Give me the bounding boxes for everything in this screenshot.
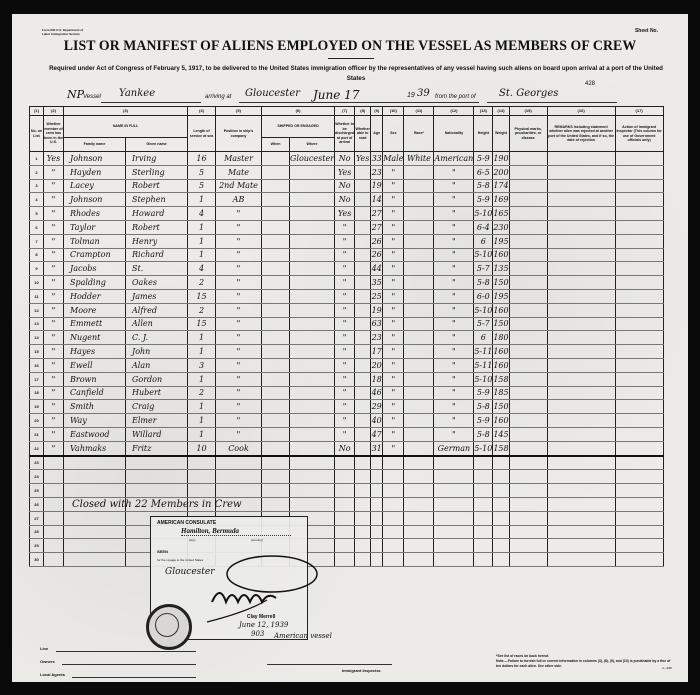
given-name-cell: [126, 456, 188, 470]
manifest-sheet: Form 630 U.S. Department of Labor Immigr…: [12, 14, 688, 682]
when-cell: [262, 414, 290, 428]
marks-cell: [509, 497, 547, 511]
nationality-cell: [434, 553, 474, 567]
family-name-cell: Taylor: [64, 220, 126, 234]
stamp-annotation: American vessel: [274, 632, 332, 640]
discharged-cell: ": [335, 220, 355, 234]
action-cell: [615, 553, 663, 567]
weight-cell: 160: [493, 303, 509, 317]
service-cell: 5: [188, 179, 216, 193]
in-us-cell: [44, 539, 64, 553]
action-cell: [615, 358, 663, 372]
when-cell: [262, 303, 290, 317]
read-cell: Yes: [355, 152, 371, 166]
nationality-cell: ": [434, 193, 474, 207]
nationality-cell: [434, 539, 474, 553]
weight-cell: 169: [493, 193, 509, 207]
in-us-cell: [44, 553, 64, 567]
family-name-cell: Canfield: [64, 386, 126, 400]
sex-cell: [383, 511, 404, 525]
position-cell: [216, 470, 262, 484]
action-cell: [615, 317, 663, 331]
row-number: 21: [30, 427, 44, 441]
col-head-sex: Sex: [383, 116, 404, 152]
weight-cell: 200: [493, 165, 509, 179]
height-cell: [474, 456, 493, 470]
in-us-cell: ": [44, 345, 64, 359]
arrival-date: June 17: [313, 88, 359, 102]
sex-cell: ": [383, 358, 404, 372]
in-us-cell: ": [44, 372, 64, 386]
action-cell: [615, 220, 663, 234]
weight-cell: [493, 525, 509, 539]
sex-cell: [383, 539, 404, 553]
sex-cell: ": [383, 289, 404, 303]
crew-row: 12"MooreAlfred2""19""5-10160: [30, 303, 664, 317]
col-head-age: Age: [371, 116, 383, 152]
weight-cell: [493, 539, 509, 553]
when-cell: [262, 165, 290, 179]
row-number: 12: [30, 303, 44, 317]
nationality-cell: ": [434, 220, 474, 234]
discharged-cell: Yes: [335, 165, 355, 179]
discharged-cell: ": [335, 303, 355, 317]
where-cell: [290, 289, 335, 303]
crew-row: 8"CramptonRichard1""26""5-10160: [30, 248, 664, 262]
race-cell: [404, 289, 434, 303]
given-name-cell: Allen: [126, 317, 188, 331]
discharged-cell: [335, 456, 355, 470]
position-cell: ": [216, 234, 262, 248]
weight-cell: 160: [493, 345, 509, 359]
when-cell: [262, 234, 290, 248]
in-us-cell: ": [44, 427, 64, 441]
nationality-cell: ": [434, 303, 474, 317]
race-cell: [404, 303, 434, 317]
in-us-cell: ": [44, 234, 64, 248]
height-cell: 6: [474, 234, 493, 248]
in-us-cell: [44, 484, 64, 498]
race-cell: [404, 539, 434, 553]
col-num-3: (3): [64, 107, 188, 116]
nationality-cell: [434, 511, 474, 525]
height-cell: 5-9: [474, 386, 493, 400]
marks-cell: [509, 303, 547, 317]
race-cell: [404, 276, 434, 290]
col-head-action: Action of Immigrant Inspector (This colu…: [615, 116, 663, 152]
weight-cell: 150: [493, 400, 509, 414]
marks-cell: [509, 372, 547, 386]
sex-cell: ": [383, 207, 404, 221]
service-cell: 4: [188, 207, 216, 221]
sex-cell: ": [383, 372, 404, 386]
row-number: 30: [30, 553, 44, 567]
sex-cell: ": [383, 386, 404, 400]
empty-row: 23: [30, 456, 664, 470]
city-caption: (city): [189, 538, 196, 542]
sex-cell: ": [383, 414, 404, 428]
row-number: 6: [30, 220, 44, 234]
family-name-cell: [64, 456, 126, 470]
closing-note: Closed with 22 Members in Crew: [72, 499, 242, 510]
discharged-cell: No: [335, 193, 355, 207]
race-cell: [404, 427, 434, 441]
age-cell: 17: [371, 345, 383, 359]
when-cell: [262, 220, 290, 234]
position-cell: ": [216, 358, 262, 372]
empty-row: 30: [30, 553, 664, 567]
race-cell: [404, 179, 434, 193]
crew-row: 21"EastwoodWillard1""47""5-8145: [30, 427, 664, 441]
race-cell: [404, 400, 434, 414]
col-head-remarks: REMARKS Including statement whether alie…: [547, 116, 615, 152]
discharged-cell: ": [335, 248, 355, 262]
family-name-cell: Ewell: [64, 358, 126, 372]
crew-row: 11"HodderJames15""25""6-0195: [30, 289, 664, 303]
action-cell: [615, 262, 663, 276]
family-name-cell: Hodder: [64, 289, 126, 303]
service-cell: 1: [188, 193, 216, 207]
read-cell: [355, 289, 371, 303]
service-cell: 1: [188, 414, 216, 428]
age-cell: 19: [371, 179, 383, 193]
family-name-cell: [64, 484, 126, 498]
family-name-cell: Johnson: [64, 193, 126, 207]
marks-cell: [509, 248, 547, 262]
row-number: 25: [30, 484, 44, 498]
weight-cell: 158: [493, 441, 509, 455]
discharged-cell: ": [335, 372, 355, 386]
col-num-8: (8): [355, 107, 371, 116]
position-cell: 2nd Mate: [216, 179, 262, 193]
empty-row: 27: [30, 511, 664, 525]
row-number: 29: [30, 539, 44, 553]
crew-row: 2"HaydenSterling5MateYes23""6-5200: [30, 165, 664, 179]
discharged-cell: ": [335, 386, 355, 400]
read-cell: [355, 427, 371, 441]
arriving-port: Gloucester: [245, 88, 300, 99]
where-cell: [290, 386, 335, 400]
where-cell: [290, 414, 335, 428]
height-cell: 5-8: [474, 427, 493, 441]
penalty-note: Note.—Failure to furnish full or correct…: [496, 659, 676, 669]
where-cell: [290, 303, 335, 317]
row-number: 28: [30, 525, 44, 539]
sex-cell: [383, 484, 404, 498]
family-name-cell: Spalding: [64, 276, 126, 290]
vessel-info-line: NP Vessel Yankee arriving at Gloucester …: [67, 88, 627, 104]
service-cell: 1: [188, 427, 216, 441]
race-cell: [404, 553, 434, 567]
service-cell: 1: [188, 220, 216, 234]
race-cell: [404, 220, 434, 234]
given-name-cell: Sterling: [126, 165, 188, 179]
col-head-service: Length of service at sea: [188, 116, 216, 152]
family-name-cell: Smith: [64, 400, 126, 414]
remarks-cell: [547, 553, 615, 567]
position-cell: ": [216, 372, 262, 386]
where-cell: [290, 179, 335, 193]
row-number: 14: [30, 331, 44, 345]
remarks-cell: [547, 289, 615, 303]
nationality-cell: ": [434, 165, 474, 179]
remarks-cell: [547, 207, 615, 221]
remarks-cell: [547, 234, 615, 248]
height-cell: [474, 470, 493, 484]
remarks-cell: [547, 276, 615, 290]
in-us-cell: [44, 456, 64, 470]
marks-cell: [509, 470, 547, 484]
action-cell: [615, 525, 663, 539]
position-cell: ": [216, 303, 262, 317]
empty-row: 29: [30, 539, 664, 553]
form-id: Form 630 U.S. Department of Labor Immigr…: [42, 28, 92, 36]
empty-row: 24: [30, 470, 664, 484]
weight-cell: 145: [493, 427, 509, 441]
crew-row: 4"JohnsonStephen1ABNo14""5-9169: [30, 193, 664, 207]
given-name-cell: Gordon: [126, 372, 188, 386]
action-cell: [615, 276, 663, 290]
read-cell: [355, 303, 371, 317]
when-cell: [262, 289, 290, 303]
crew-table: (1) (2) (3) (4) (5) (6) (7) (8) (9) (10)…: [29, 106, 664, 567]
remarks-cell: [547, 470, 615, 484]
remarks-cell: [547, 345, 615, 359]
age-cell: 40: [371, 414, 383, 428]
discharged-cell: ": [335, 358, 355, 372]
race-cell: [404, 193, 434, 207]
family-name-cell: Eastwood: [64, 427, 126, 441]
when-cell: [262, 207, 290, 221]
in-us-cell: ": [44, 414, 64, 428]
weight-cell: [493, 484, 509, 498]
position-cell: ": [216, 345, 262, 359]
where-cell: [290, 456, 335, 470]
row-number: 18: [30, 386, 44, 400]
marks-cell: [509, 400, 547, 414]
nationality-cell: German: [434, 441, 474, 455]
discharged-cell: ": [335, 234, 355, 248]
in-us-cell: Yes: [44, 152, 64, 166]
footer-note: *See list of races on back hereof. Note.…: [496, 654, 676, 669]
service-cell: 1: [188, 345, 216, 359]
col-num-12: (12): [434, 107, 474, 116]
position-cell: ": [216, 262, 262, 276]
in-us-cell: ": [44, 179, 64, 193]
nationality-cell: American: [434, 152, 474, 166]
when-cell: [262, 193, 290, 207]
age-cell: [371, 553, 383, 567]
family-name-cell: Johnson: [64, 152, 126, 166]
action-cell: [615, 484, 663, 498]
race-cell: [404, 248, 434, 262]
age-cell: 26: [371, 248, 383, 262]
nationality-cell: [434, 456, 474, 470]
col-num-13: (13): [474, 107, 493, 116]
given-name-cell: Irving: [126, 152, 188, 166]
weight-cell: 150: [493, 317, 509, 331]
age-cell: 31: [371, 441, 383, 455]
age-cell: 27: [371, 207, 383, 221]
read-cell: [355, 441, 371, 455]
given-name-cell: Stephen: [126, 193, 188, 207]
given-name-cell: Craig: [126, 400, 188, 414]
read-cell: [355, 234, 371, 248]
read-cell: [355, 553, 371, 567]
where-cell: [290, 372, 335, 386]
weight-cell: 158: [493, 372, 509, 386]
remarks-cell: [547, 497, 615, 511]
footer-line-label: Line: [40, 646, 48, 651]
position-cell: ": [216, 427, 262, 441]
height-cell: 5-9: [474, 152, 493, 166]
race-cell: [404, 234, 434, 248]
where-cell: [290, 207, 335, 221]
when-cell: [262, 441, 290, 455]
sex-cell: [383, 470, 404, 484]
position-cell: [216, 456, 262, 470]
nationality-cell: ": [434, 317, 474, 331]
col-num-17: (17): [615, 107, 663, 116]
remarks-cell: [547, 372, 615, 386]
height-cell: 5-10: [474, 248, 493, 262]
height-cell: 5-7: [474, 317, 493, 331]
vessel-name: Yankee: [119, 88, 155, 99]
given-name-cell: Elmer: [126, 414, 188, 428]
row-number: 26: [30, 497, 44, 511]
remarks-cell: [547, 248, 615, 262]
row-number: 7: [30, 234, 44, 248]
family-name-cell: Crampton: [64, 248, 126, 262]
when-cell: [262, 497, 290, 511]
service-cell: 16: [188, 152, 216, 166]
nationality-cell: ": [434, 331, 474, 345]
family-name-cell: Lacey: [64, 179, 126, 193]
in-us-cell: [44, 497, 64, 511]
service-cell: [188, 470, 216, 484]
consulate-city: Hamilton, Bermuda: [181, 527, 291, 536]
marks-cell: [509, 414, 547, 428]
in-us-cell: ": [44, 400, 64, 414]
race-cell: [404, 262, 434, 276]
in-us-cell: ": [44, 441, 64, 455]
when-cell: [262, 262, 290, 276]
marks-cell: [509, 179, 547, 193]
race-cell: [404, 456, 434, 470]
year-prefix: 19: [407, 92, 415, 99]
discharged-cell: ": [335, 331, 355, 345]
nationality-cell: ": [434, 289, 474, 303]
race-cell: [404, 358, 434, 372]
service-cell: 3: [188, 358, 216, 372]
remarks-cell: [547, 539, 615, 553]
service-cell: 1: [188, 400, 216, 414]
action-cell: [615, 427, 663, 441]
given-name-cell: Henry: [126, 234, 188, 248]
weight-cell: 180: [493, 331, 509, 345]
remarks-cell: [547, 441, 615, 455]
remarks-cell: [547, 511, 615, 525]
marks-cell: [509, 262, 547, 276]
age-cell: [371, 497, 383, 511]
remarks-cell: [547, 400, 615, 414]
in-us-cell: ": [44, 386, 64, 400]
row-number: 8: [30, 248, 44, 262]
where-cell: [290, 248, 335, 262]
read-cell: [355, 525, 371, 539]
row-number: 13: [30, 317, 44, 331]
read-cell: [355, 220, 371, 234]
where-cell: [290, 234, 335, 248]
age-cell: 27: [371, 220, 383, 234]
given-name-cell: St.: [126, 262, 188, 276]
when-cell: [262, 372, 290, 386]
nationality-cell: ": [434, 262, 474, 276]
sex-cell: ": [383, 234, 404, 248]
weight-cell: 190: [493, 152, 509, 166]
height-cell: [474, 497, 493, 511]
prefix-mark: NP: [67, 88, 84, 101]
marks-cell: [509, 165, 547, 179]
nationality-cell: [434, 484, 474, 498]
col-head-in-us: Whether member of crew has been in the U…: [44, 116, 64, 152]
position-cell: Mate: [216, 165, 262, 179]
discharged-cell: ": [335, 427, 355, 441]
family-name-cell: Nugent: [64, 331, 126, 345]
weight-cell: 150: [493, 276, 509, 290]
age-cell: [371, 484, 383, 498]
family-name-cell: Way: [64, 414, 126, 428]
action-cell: [615, 179, 663, 193]
age-cell: 46: [371, 386, 383, 400]
crew-row: 20"WayElmer1""40""5-9160: [30, 414, 664, 428]
col-head-when: When: [262, 138, 290, 152]
action-cell: [615, 497, 663, 511]
race-cell: [404, 207, 434, 221]
age-cell: 33: [371, 152, 383, 166]
stamp-number: 428: [585, 81, 595, 87]
weight-cell: 185: [493, 386, 509, 400]
sex-cell: ": [383, 441, 404, 455]
where-cell: [290, 358, 335, 372]
sex-cell: ": [383, 345, 404, 359]
remarks-cell: [547, 193, 615, 207]
height-cell: 5-8: [474, 179, 493, 193]
action-cell: [615, 165, 663, 179]
sex-cell: ": [383, 303, 404, 317]
given-name-cell: Alan: [126, 358, 188, 372]
when-cell: [262, 358, 290, 372]
where-cell: [290, 276, 335, 290]
consul-signature-icon: [202, 552, 322, 632]
discharged-cell: No: [335, 179, 355, 193]
remarks-cell: [547, 179, 615, 193]
crew-row: 14"NugentC. J.1""23""6180: [30, 331, 664, 345]
read-cell: [355, 539, 371, 553]
service-cell: 1: [188, 234, 216, 248]
in-us-cell: ": [44, 262, 64, 276]
marks-cell: [509, 511, 547, 525]
marks-cell: [509, 358, 547, 372]
in-us-cell: ": [44, 165, 64, 179]
in-us-cell: [44, 511, 64, 525]
action-cell: [615, 331, 663, 345]
race-cell: [404, 441, 434, 455]
col-num-15: (15): [509, 107, 547, 116]
row-number: 9: [30, 262, 44, 276]
age-cell: 19: [371, 303, 383, 317]
in-us-cell: ": [44, 248, 64, 262]
